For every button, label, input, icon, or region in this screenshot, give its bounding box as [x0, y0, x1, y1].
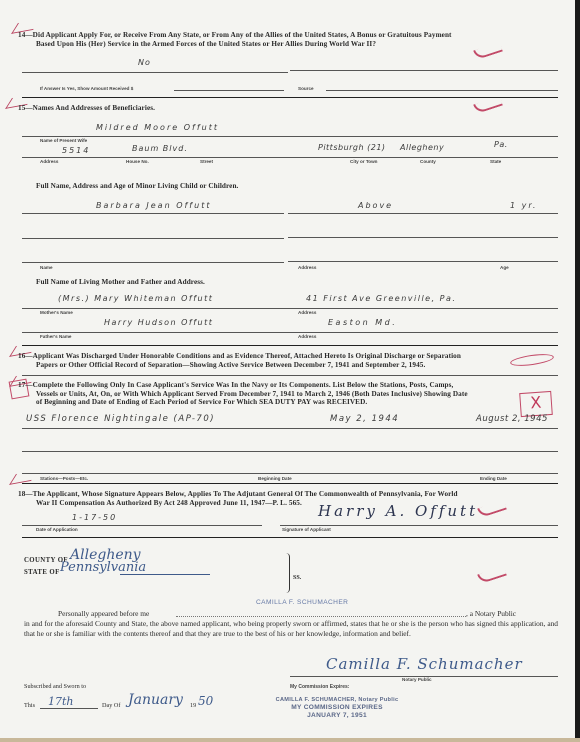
wife-street: Baum Blvd.: [132, 144, 188, 153]
mother-name: (Mrs.) Mary Whiteman Offutt: [58, 294, 213, 303]
document-page: 14—Did Applicant Apply For, or Receive F…: [0, 0, 575, 738]
q16-statement: 16—Applicant Was Discharged Under Honora…: [18, 352, 563, 369]
children-heading: Full Name, Address and Age of Minor Livi…: [36, 182, 238, 191]
red-tick-icon: [477, 566, 507, 584]
year-value: 50: [198, 694, 213, 708]
q14-amount-field: [174, 90, 284, 91]
date-of-application: 1-17-50: [72, 513, 117, 522]
wife-city: Pittsburgh (21): [318, 143, 386, 152]
year-prefix: 19: [190, 702, 196, 709]
mother-address: 41 First Ave Greenville, Pa.: [306, 294, 456, 303]
notary-signature: Camilla F. Schumacher: [326, 655, 523, 673]
day-value: 17th: [48, 695, 74, 708]
day-of-label: Day Of: [102, 702, 120, 709]
q14-question: 14—Did Applicant Apply For, or Receive F…: [18, 31, 558, 48]
child-name: Barbara Jean Offutt: [96, 201, 211, 210]
month-value: January: [128, 692, 183, 708]
q18-statement: 18—The Applicant, Whose Signature Appear…: [18, 490, 563, 507]
q14-amount-label: If Answer Is Yes, Show Amount Received $: [40, 86, 133, 91]
wife-house-no: 5514: [62, 146, 90, 155]
father-name: Harry Hudson Offutt: [104, 318, 213, 327]
notary-typed-name: CAMILLA F. SCHUMACHER: [256, 599, 348, 606]
q17-instructions: 17—Complete the Following Only In Case A…: [18, 381, 563, 407]
ss-label: SS.: [293, 575, 301, 581]
q14-answer: No: [138, 58, 151, 67]
appeared-prefix: Personally appeared before me: [58, 609, 149, 619]
red-tick-icon: [473, 96, 503, 114]
page-bottom-edge: [0, 738, 580, 742]
ss-bracket: [286, 553, 290, 593]
child-address: Above: [358, 201, 393, 210]
state-value: Pennsylvania: [60, 560, 146, 575]
father-address: Easton Md.: [328, 318, 397, 327]
notary-stamp: CAMILLA F. SCHUMACHER, Notary Public MY …: [262, 696, 412, 720]
wife-county: Allegheny: [400, 143, 444, 152]
q14-source-label: Source: [298, 86, 314, 91]
state-label: STATE OF: [24, 569, 60, 576]
commission-label: My Commission Expires:: [290, 684, 349, 690]
q15-heading: 15—Names And Addresses of Beneficiaries.: [18, 104, 155, 113]
appeared-suffix: , a Notary Public: [466, 609, 516, 619]
parents-heading: Full Name of Living Mother and Father an…: [36, 278, 205, 287]
sea-duty-ending: August 2, 1945: [476, 414, 548, 424]
q14-source-field: [326, 90, 558, 91]
subscribed-label: Subscribed and Sworn to: [24, 683, 86, 690]
sea-duty-station: USS Florence Nightingale (AP-70): [26, 414, 215, 424]
wife-state: Pa.: [494, 140, 508, 149]
this-label: This: [24, 702, 35, 709]
notary-body: in and for the aforesaid County and Stat…: [24, 619, 558, 639]
sea-duty-beginning: May 2, 1944: [330, 414, 399, 424]
child-age: 1 yr.: [510, 201, 537, 210]
applicant-signature: Harry A. Offutt: [318, 502, 478, 520]
wife-name: Mildred Moore Offutt: [96, 123, 219, 132]
